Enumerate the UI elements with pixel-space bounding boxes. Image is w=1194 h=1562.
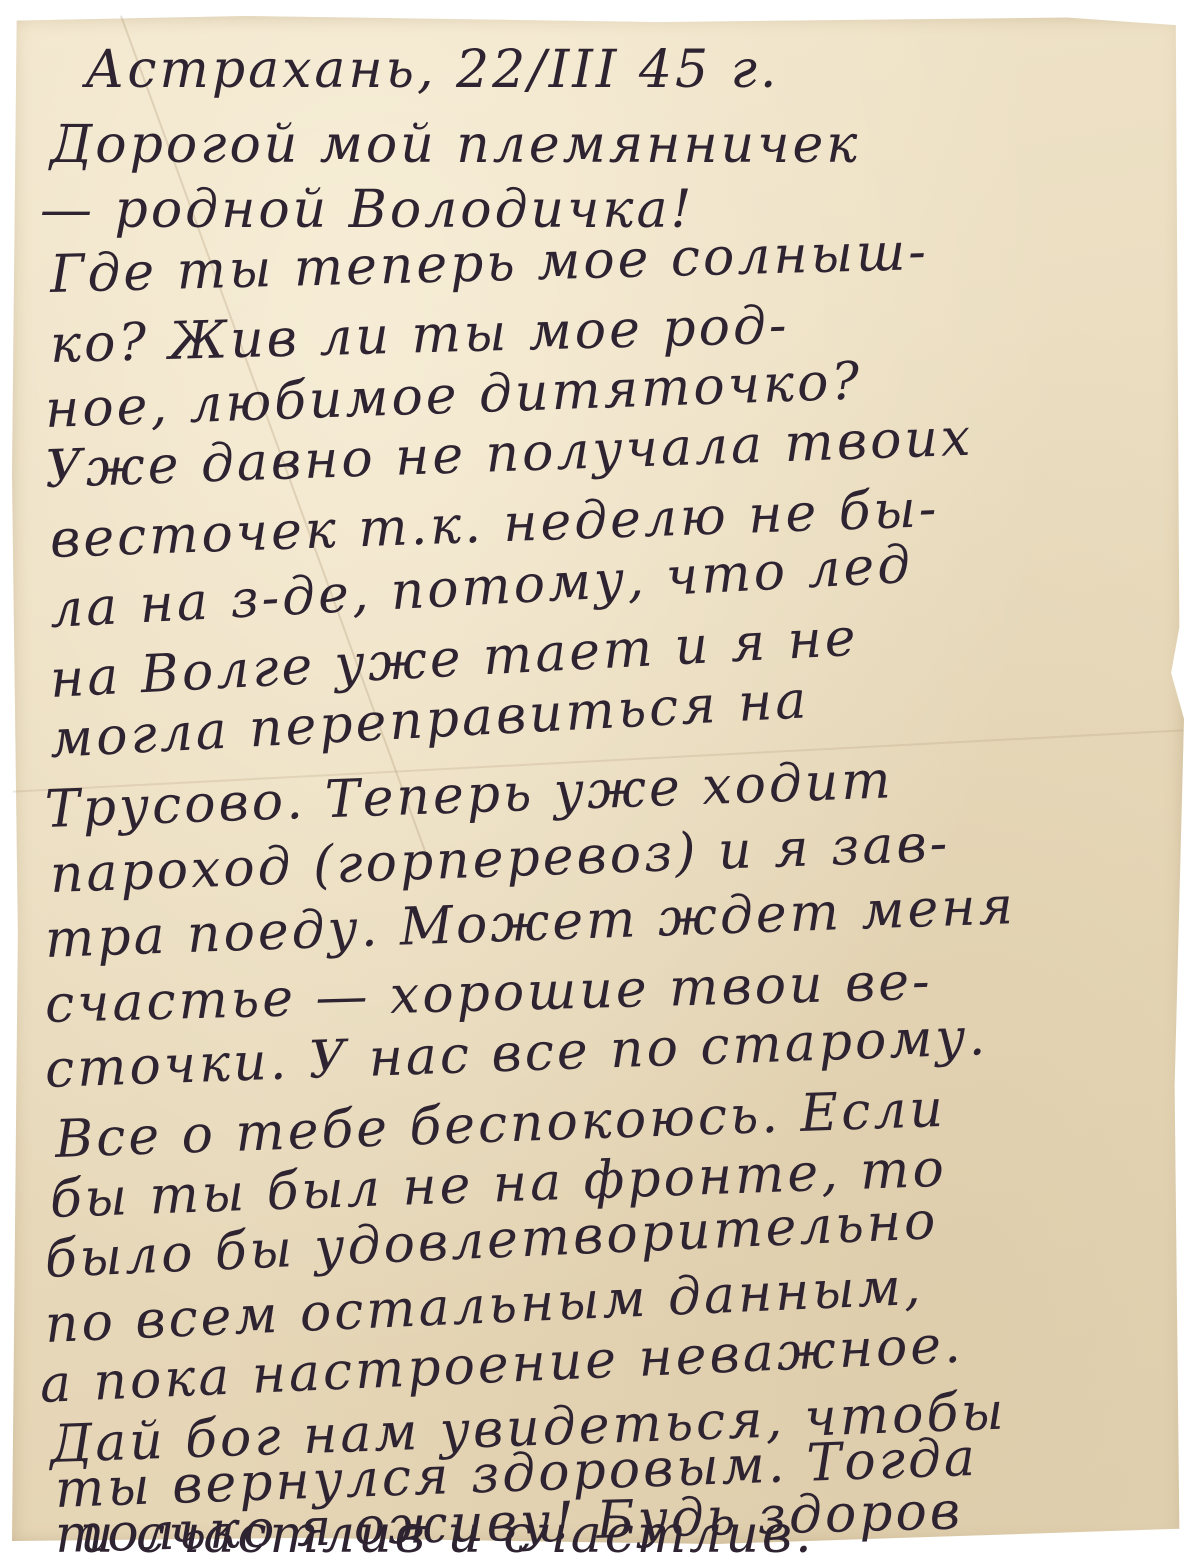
letter-heading-place-date: Астрахань, 22/III 45 г. <box>85 40 779 100</box>
letter-line: Дорогой мой племянничек <box>50 115 860 175</box>
letter-closing-line: и счастлив и счастлив. <box>80 1505 815 1562</box>
